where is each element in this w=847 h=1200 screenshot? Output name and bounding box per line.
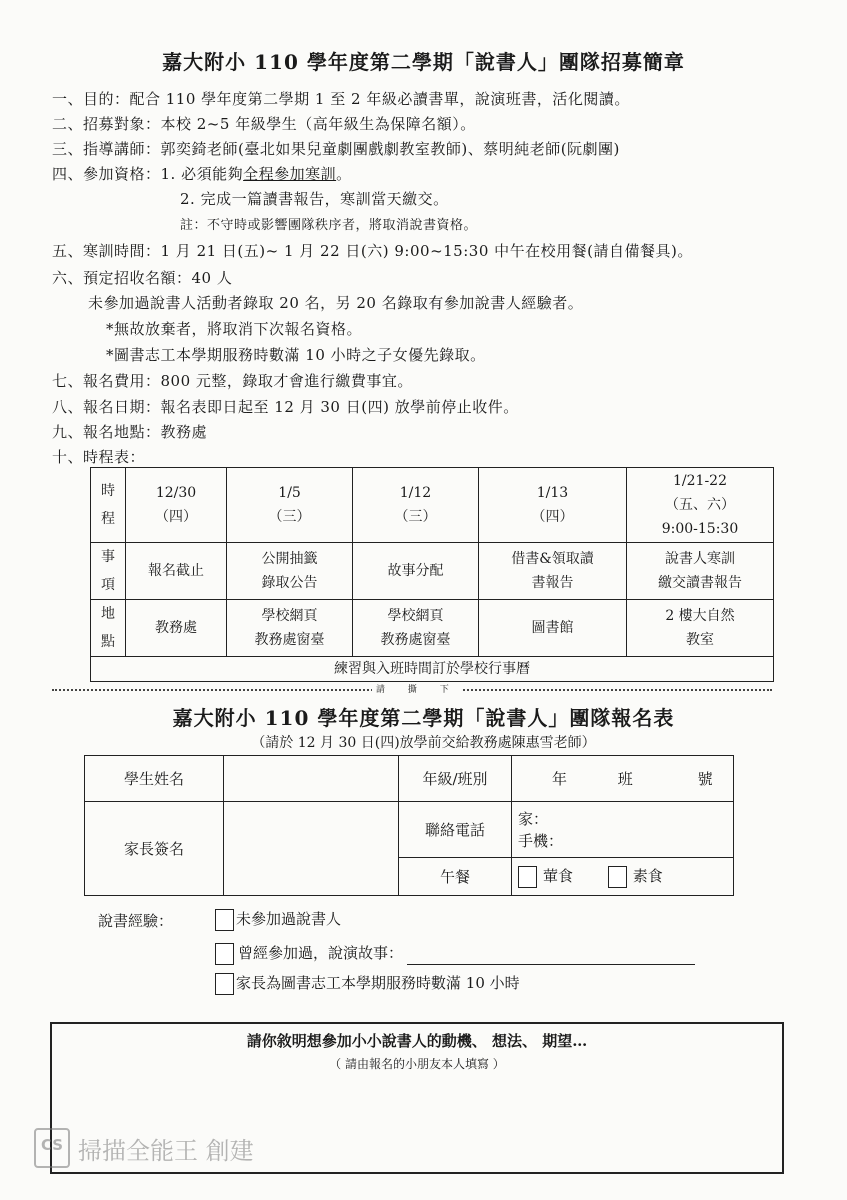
schedule-cell-date: 1/21-22（五、六）9:00-15:30 [627,468,774,543]
experience-option-volunteer: 家長為圖書志工本學期服務時數滿 10 小時 [215,972,520,995]
schedule-cell-event: 故事分配 [353,543,479,600]
phone-label: 聯絡電話 [399,802,512,858]
grade-unit: 年 [552,770,567,788]
section-instructors: 三、指導講師：郭奕錡老師(臺北如果兒童劇團戲劇教室教師)、蔡明純老師(阮劇團) [52,138,620,159]
home-phone-label: 家： [518,810,548,828]
row-header-place: 地點 [91,600,126,657]
lunch-label: 午餐 [399,858,512,896]
schedule-cell-place: 學校網頁教務處窗臺 [227,600,353,657]
schedule-cell-place: 圖書館 [478,600,626,657]
registration-form-table: 學生姓名 年級/班別 年 班 號 家長簽名 聯絡電話 家： 手機： 午餐 葷食 … [84,755,734,896]
eligibility-item-2: 2. 完成一篇讀書報告，寒訓當天繳交。 [180,188,449,209]
schedule-footer-note: 練習與入班時間訂於學校行事曆 [91,657,774,682]
section-schedule-label: 十、時程表： [52,446,145,467]
form-title: 嘉大附小 110 學年度第二學期「說書人」團隊報名表 [0,702,847,731]
section-purpose: 一、目的：配合 110 學年度第二學期 1 至 2 年級必讀書單，說演班書，活化… [52,88,630,109]
schedule-table: 時程 12/30（四） 1/5（三） 1/12（三） 1/13（四） 1/21-… [90,467,774,682]
lunch-veg-checkbox[interactable] [608,866,627,888]
schedule-cell-place: 教務處 [126,600,227,657]
quota-note-1: *無故放棄者，將取消下次報名資格。 [106,318,362,339]
experience-past-checkbox[interactable] [215,943,234,965]
schedule-row-place: 地點 教務處 學校網頁教務處窗臺 學校網頁教務處窗臺 圖書館 2 樓大自然教室 [91,600,774,657]
watermark-text: 掃描全能王 創建 [78,1131,254,1166]
quota-detail: 未參加過說書人活動者錄取 20 名，另 20 名錄取有參加說書人經驗者。 [88,292,583,313]
section-fee: 七、報名費用：800 元整，錄取才會進行繳費事宜。 [52,370,413,391]
section-target: 二、招募對象：本校 2~5 年級學生（高年級生為保障名額）。 [52,113,476,134]
section-registration-date: 八、報名日期：報名表即日起至 12 月 30 日(四) 放學前停止收件。 [52,396,519,417]
parent-sign-label: 家長簽名 [85,802,224,896]
schedule-cell-place: 2 樓大自然教室 [627,600,774,657]
schedule-cell-event: 說書人寒訓繳交讀書報告 [627,543,774,600]
experience-option-past: 曾經參加過，說演故事： [215,942,695,965]
schedule-cell-place: 學校網頁教務處窗臺 [353,600,479,657]
experience-none-label: 未參加過說書人 [236,910,341,928]
eligibility-underline: 全程參加寒訓 [243,165,336,183]
tear-line-label: 請 撕 下 [372,682,463,695]
schedule-row-date: 時程 12/30（四） 1/5（三） 1/12（三） 1/13（四） 1/21-… [91,468,774,543]
grade-class-field[interactable]: 年 班 號 [512,756,734,802]
camscanner-logo-icon: CS [34,1128,70,1168]
experience-volunteer-label: 家長為圖書志工本學期服務時數滿 10 小時 [236,974,520,992]
schedule-cell-date: 1/13（四） [478,468,626,543]
schedule-cell-event: 借書&領取讀書報告 [478,543,626,600]
section-training-time: 五、寒訓時間：1 月 21 日(五)~ 1 月 22 日(六) 9:00~15:… [52,240,693,261]
experience-option-none: 未參加過說書人 [215,908,341,931]
schedule-cell-date: 12/30（四） [126,468,227,543]
lunch-options: 葷食 素食 [512,858,734,896]
student-name-field[interactable] [224,756,399,802]
class-unit: 班 [618,770,633,788]
schedule-row-footer: 練習與入班時間訂於學校行事曆 [91,657,774,682]
section-eligibility: 四、參加資格：1. 必須能夠全程參加寒訓。 [52,163,352,184]
schedule-cell-date: 1/5（三） [227,468,353,543]
motivation-prompt: 請你敘明想參加小小說書人的動機、 想法、 期望… [52,1030,782,1051]
experience-volunteer-checkbox[interactable] [215,973,234,995]
quota-note-2: *圖書志工本學期服務時數滿 10 小時之子女優先錄取。 [106,344,486,365]
scanner-watermark: CS 掃描全能王 創建 [34,1128,254,1168]
row-header-date: 時程 [91,468,126,543]
schedule-row-event: 事項 報名截止 公開抽籤錄取公告 故事分配 借書&領取讀書報告 說書人寒訓繳交讀… [91,543,774,600]
schedule-cell-date: 1/12（三） [353,468,479,543]
eligibility-note: 註：不守時或影響團隊秩序者，將取消說書資格。 [180,214,477,233]
grade-class-label: 年級/班別 [399,756,512,802]
experience-label: 說書經驗： [98,910,173,931]
schedule-cell-event: 報名截止 [126,543,227,600]
lunch-meat-checkbox[interactable] [518,866,537,888]
student-name-label: 學生姓名 [85,756,224,802]
page-title: 嘉大附小 110 學年度第二學期「說書人」團隊招募簡章 [0,46,847,75]
eligibility-label: 四、參加資格：1. 必須能夠 [52,165,243,183]
mobile-phone-label: 手機： [518,832,563,850]
phone-field[interactable]: 家： 手機： [512,802,734,858]
lunch-veg-label: 素食 [633,867,663,885]
experience-past-label: 曾經參加過，說演故事： [238,944,403,962]
number-unit: 號 [698,770,713,788]
experience-none-checkbox[interactable] [215,909,234,931]
section-quota: 六、預定招收名額：40 人 [52,267,232,288]
eligibility-end: 。 [336,165,352,183]
story-name-field[interactable] [407,950,695,965]
row-header-event: 事項 [91,543,126,600]
motivation-note: （ 請由報名的小朋友本人填寫 ） [52,1055,782,1072]
lunch-meat-label: 葷食 [543,867,573,885]
section-registration-place: 九、報名地點：教務處 [52,421,207,442]
form-subtitle: （請於 12 月 30 日(四)放學前交給教務處陳惠雪老師） [0,732,847,752]
schedule-cell-event: 公開抽籤錄取公告 [227,543,353,600]
parent-sign-field[interactable] [224,802,399,896]
